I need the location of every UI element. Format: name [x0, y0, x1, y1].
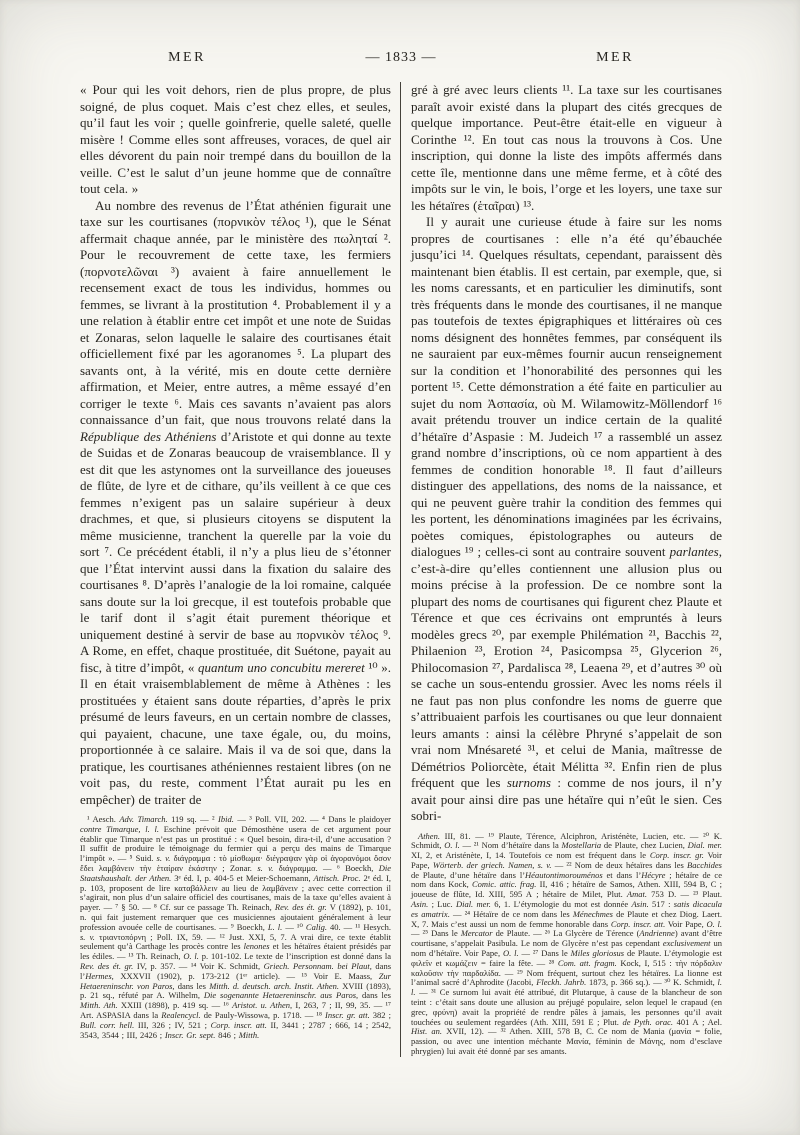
paragraph-tax-on-courtesans: Au nombre des revenus de l’État athénien…: [80, 198, 391, 809]
paragraph-tax-continuation: gré à gré avec leurs clients ¹¹. La taxe…: [411, 82, 722, 214]
page-number: — 1833 —: [294, 50, 508, 66]
scanned-dictionary-page: MER — 1833 — MER « Pour qui les voit deh…: [0, 0, 800, 1135]
running-head-right: MER: [508, 50, 722, 66]
right-column: gré à gré avec leurs clients ¹¹. La taxe…: [401, 82, 722, 1057]
paragraph-courtesan-names: Il y aurait une curieuse étude à faire s…: [411, 214, 722, 825]
text-columns: « Pour qui les voit dehors, rien de plus…: [80, 82, 722, 1057]
left-column: « Pour qui les voit dehors, rien de plus…: [80, 82, 401, 1057]
right-footnotes: Athen. III, 81. — ¹⁹ Plaute, Térence, Al…: [411, 832, 722, 1057]
paragraph-quote-continuation: « Pour qui les voit dehors, rien de plus…: [80, 82, 391, 198]
running-head-left: MER: [80, 50, 294, 66]
left-footnotes: ¹ Aesch. Adv. Timarch. 119 sq. — ² Ibid.…: [80, 815, 391, 1040]
running-head: MER — 1833 — MER: [80, 50, 722, 66]
